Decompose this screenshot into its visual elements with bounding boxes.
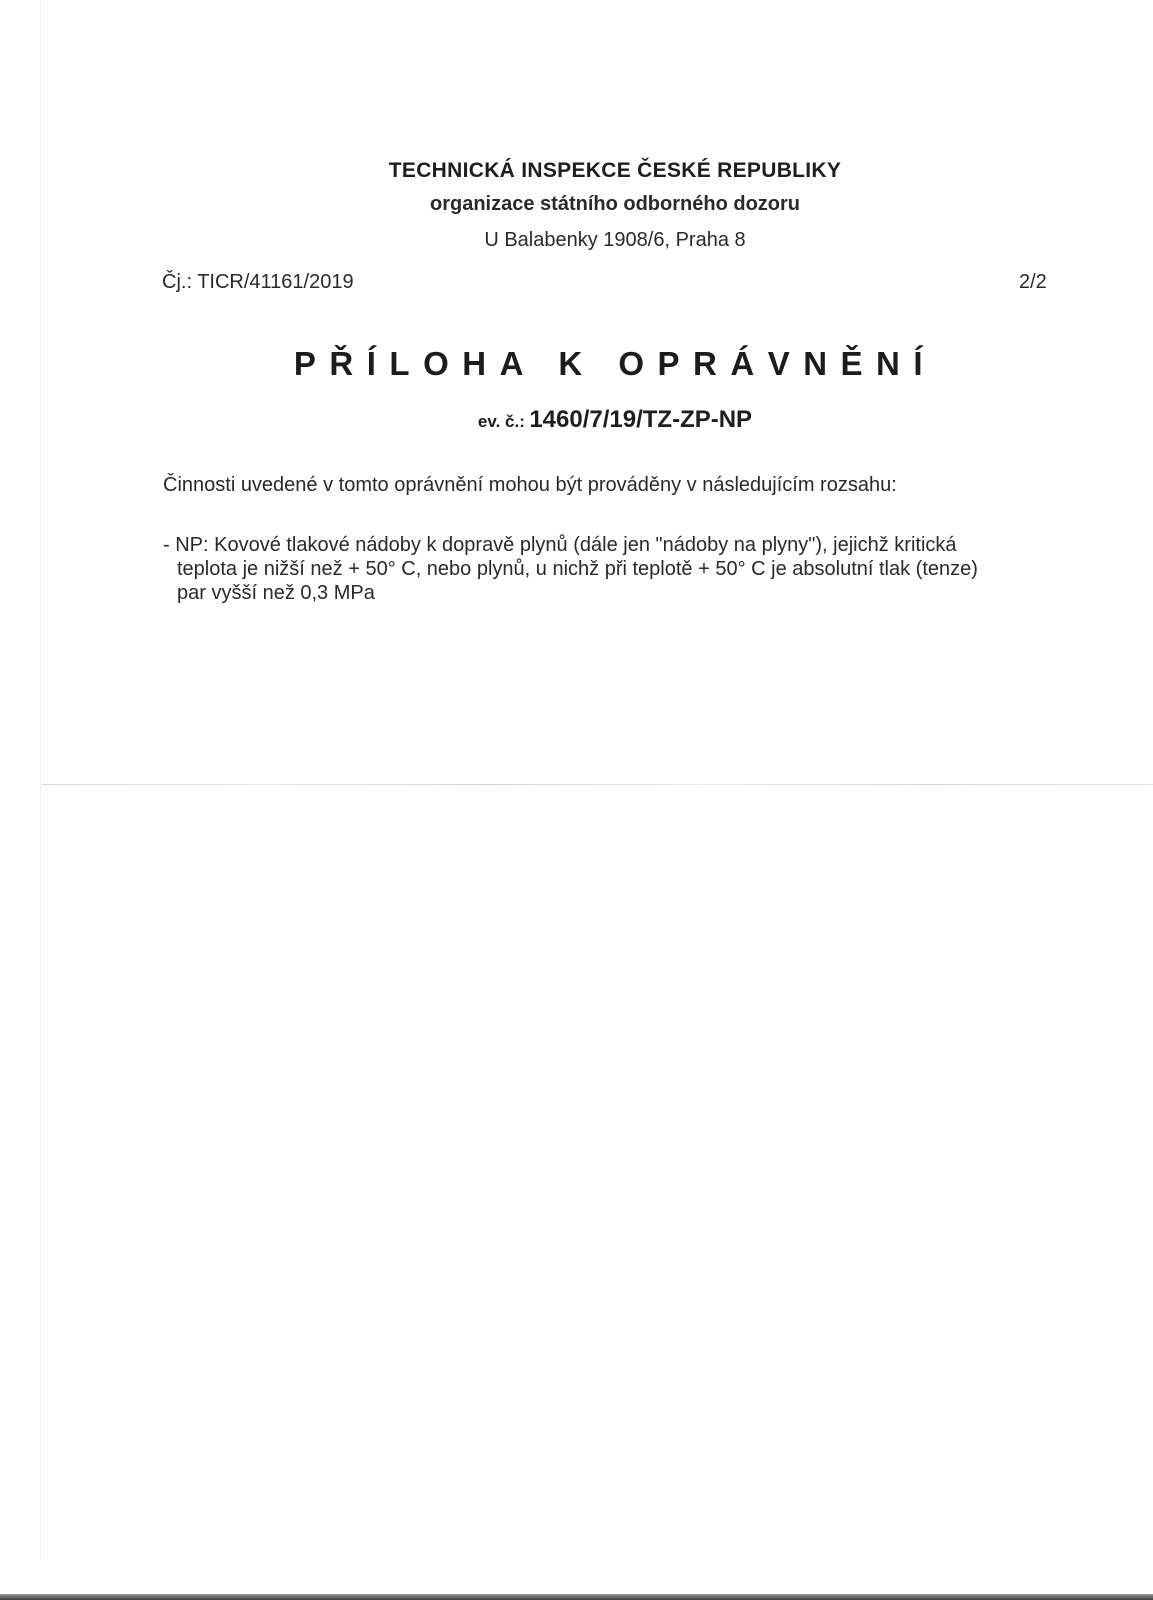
scope-intro: Činnosti uvedené v tomto oprávnění mohou… [163, 474, 897, 497]
scope-line: - NP: Kovové tlakové nádoby k dopravě pl… [163, 533, 1093, 557]
registration-label: ev. č.: [478, 412, 525, 431]
document-title: PŘÍLOHA K OPRÁVNĚNÍ [0, 345, 1153, 383]
registration-number-line: ev. č.: 1460/7/19/TZ-ZP-NP [0, 406, 1153, 434]
reference-number: Čj.: TICR/41161/2019 [162, 271, 354, 294]
document-page: TECHNICKÁ INSPEKCE ČESKÉ REPUBLIKY organ… [0, 0, 1153, 1600]
scope-line: teplota je nižší než + 50° C, nebo plynů… [163, 557, 1093, 581]
page-number: 2/2 [1019, 271, 1047, 294]
registration-number: 1460/7/19/TZ-ZP-NP [529, 406, 752, 433]
scope-item: - NP: Kovové tlakové nádoby k dopravě pl… [163, 533, 1093, 605]
organization-name: TECHNICKÁ INSPEKCE ČESKÉ REPUBLIKY [0, 159, 1153, 183]
scan-edge-bottom [0, 1594, 1153, 1600]
scope-line: par vyšší než 0,3 MPa [163, 581, 1093, 605]
organization-address: U Balabenky 1908/6, Praha 8 [0, 229, 1153, 252]
paper-fold-line [42, 784, 1153, 785]
organization-subtitle: organizace státního odborného dozoru [0, 193, 1153, 216]
